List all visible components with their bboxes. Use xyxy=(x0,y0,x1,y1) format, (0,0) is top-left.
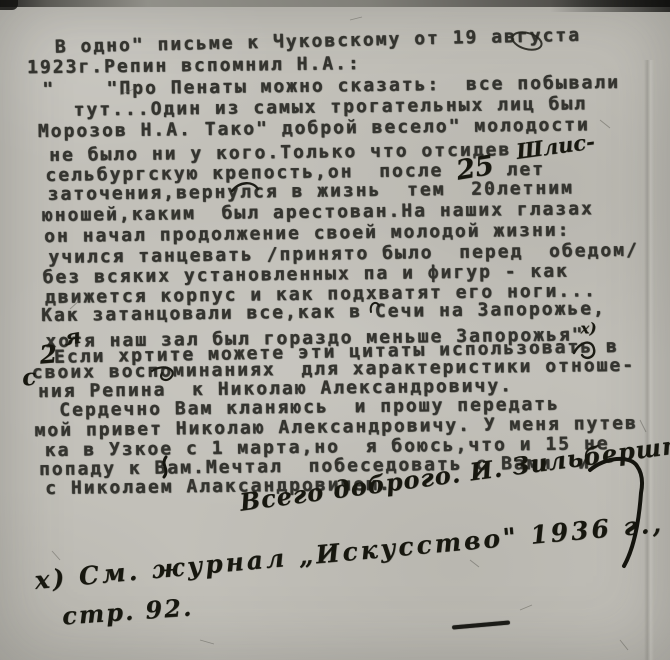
handwritten-correction-s: с xyxy=(21,363,38,391)
scanned-letter-page: В одно" письме к Чуковскому от 19 август… xyxy=(0,0,670,660)
typed-segment: 1923г.Репин вспомнил Н.А.: xyxy=(27,53,361,78)
typed-line: 1923г.Репин вспомнил Н.А.: xyxy=(27,54,361,78)
